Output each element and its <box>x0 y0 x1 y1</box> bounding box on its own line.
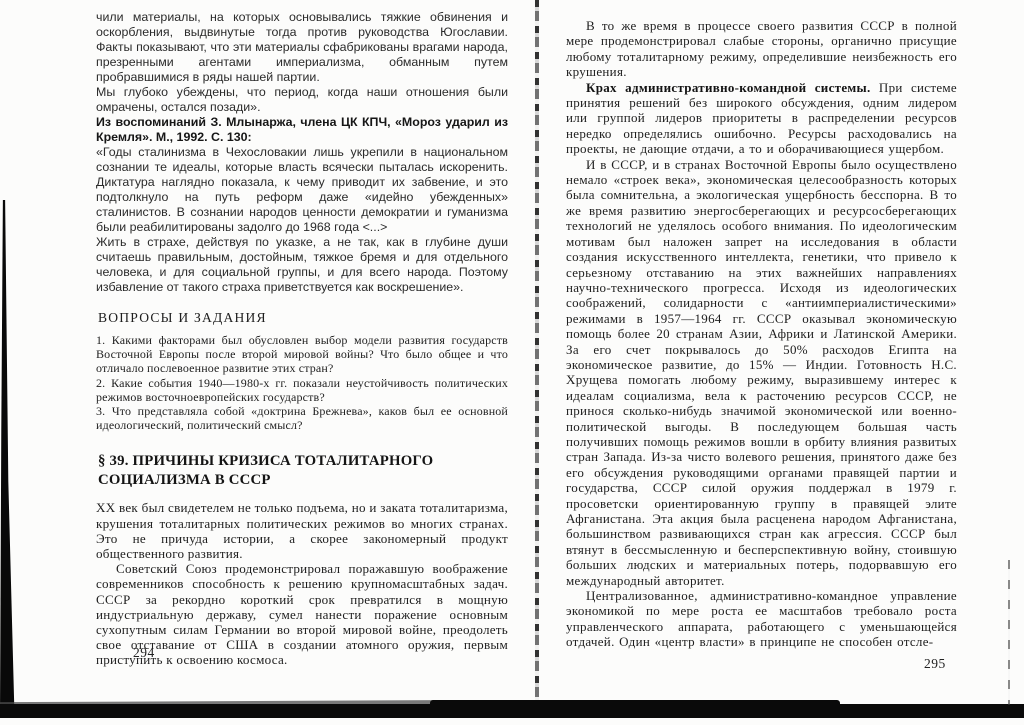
scan-edge-left <box>0 200 16 712</box>
questions-section: ВОПРОСЫ И ЗАДАНИЯ 1. Какими факторами бы… <box>96 309 508 432</box>
memoir-excerpt: «Годы сталинизма в Чехословакии лишь укр… <box>96 145 508 295</box>
chapter-heading: § 39. ПРИЧИНЫ КРИЗИСА ТОТАЛИТАРНОГО СОЦИ… <box>98 452 508 490</box>
section-lead-bold: Крах административно-командной системы. <box>586 80 871 95</box>
body-paragraph: И в СССР, и в странах Восточной Европы б… <box>566 157 957 588</box>
body-paragraph: Советский Союз продемонстрировал поражав… <box>96 561 508 667</box>
memoir-paragraph: Жить в страхе, действуя по указке, а не … <box>96 235 508 295</box>
memoir-source-heading: Из воспоминаний З. Млынаржа, члена ЦК КП… <box>96 115 508 145</box>
book-scan: чили материалы, на которых основывались … <box>0 0 1024 725</box>
body-paragraph: XX век был свидетелем не только подъема,… <box>96 500 508 561</box>
body-paragraph: Крах административно-командной системы. … <box>566 80 957 157</box>
chapter-body: XX век был свидетелем не только подъема,… <box>96 500 508 667</box>
scan-edge-bottom <box>0 704 1024 718</box>
question-item: 2. Какие события 1940—1980-х гг. показал… <box>96 376 508 404</box>
left-page: чили материалы, на которых основывались … <box>96 10 508 668</box>
body-paragraph: В то же время в процессе своего развития… <box>566 18 957 80</box>
question-item: 3. Что представляла собой «доктрина Бреж… <box>96 404 508 432</box>
document-excerpt: чили материалы, на которых основывались … <box>96 10 508 295</box>
book-gutter-shadow <box>535 0 539 700</box>
right-page: В то же время в процессе своего развития… <box>566 18 957 650</box>
scan-edge-right <box>1008 560 1010 705</box>
questions-title: ВОПРОСЫ И ЗАДАНИЯ <box>98 309 508 327</box>
excerpt-paragraph: Мы глубоко убеждены, что период, когда н… <box>96 85 508 115</box>
question-item: 1. Какими факторами был обусловлен выбор… <box>96 333 508 376</box>
page-number-left: 294 <box>133 645 155 661</box>
body-paragraph: Централизованное, административно-команд… <box>566 588 957 650</box>
excerpt-paragraph: чили материалы, на которых основывались … <box>96 10 508 85</box>
memoir-paragraph: «Годы сталинизма в Чехословакии лишь укр… <box>96 145 508 235</box>
page-number-right: 295 <box>924 656 946 672</box>
